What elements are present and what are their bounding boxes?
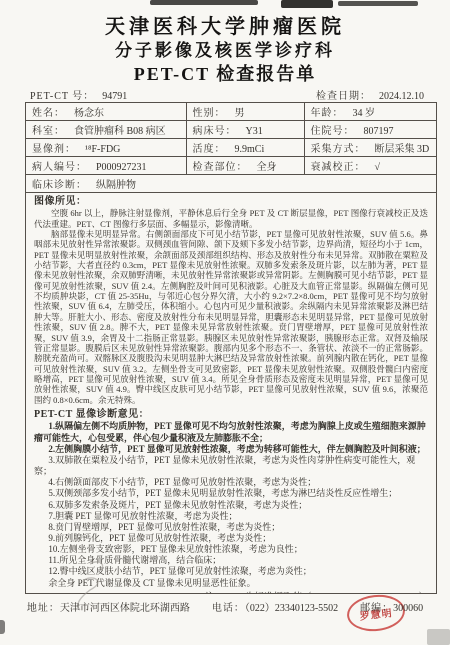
table-row: 病人编号：P000927231 检查部位：全身 衰减校正：√ [26, 157, 436, 175]
findings-title: 图像所见： [34, 196, 428, 208]
findings-paragraph: 空腹 6hr 以上，静脉注射显像剂，平静休息后行全身 PET 及 CT 断层显像… [34, 208, 428, 229]
admission-label: 住院号： [311, 126, 355, 137]
suv-note: 注：SUV 为标准摄取值（Standardized Uptake Values） [26, 589, 436, 594]
clinical-dx-value: 纵隔肿物 [96, 180, 136, 191]
acquisition-value: 断层采集 3D [375, 144, 430, 155]
zip-label: 邮编： [360, 603, 393, 614]
scan-artifact [427, 629, 450, 645]
dept-value: 食管肿瘤科 B08 病区 [74, 126, 166, 137]
scan-artifact [0, 620, 5, 634]
impression-item: 3.双肺散在粟粒及小结节，PET 显像未见放射性浓聚，考虑为炎性肉芽肿性病变可能… [34, 455, 428, 477]
address-label: 地址： [27, 603, 60, 614]
impression-item: 12.臀中线区皮肤小结节，PET 显像可见放射性浓聚，考虑为炎性； [34, 566, 428, 577]
name-value: 杨念东 [74, 108, 104, 119]
report-header: 天津医科大学肿瘤医院 分子影像及核医学诊疗科 PET-CT 检查报告单 [0, 0, 450, 84]
scan-artifact [150, 0, 258, 5]
impression-closing: 余全身 PET 代谢显像及 CT 显像未见明显恶性征象。 [34, 578, 428, 589]
hospital-name: 天津医科大学肿瘤医院 [0, 16, 450, 39]
petct-number-label: PET-CT 号： [30, 91, 94, 102]
address-value: 天津市河西区体院北环湖西路 [60, 603, 190, 614]
age-label: 年龄： [311, 108, 344, 119]
activity-label: 活度： [193, 144, 226, 155]
petct-number: PET-CT 号：94791 [30, 87, 127, 102]
zip-value: 300060 [393, 603, 423, 614]
patient-id-label: 病人编号： [32, 162, 87, 173]
impression-item: 5.双侧颈部多发小结节，PET 显像未见明显放射性浓聚，考虑为淋巴结炎性反应性增… [34, 488, 428, 499]
findings-paragraph: 脑部显像未见明显异常。右侧颌面部皮下可见小结节影，PET 显像可见放射性浓聚，S… [34, 229, 428, 405]
impression-title: PET-CT 显像诊断意见： [34, 409, 428, 421]
report-page: 天津医科大学肿瘤医院 分子影像及核医学诊疗科 PET-CT 检查报告单 PET-… [0, 0, 450, 645]
impression-section: PET-CT 显像诊断意见： 1.纵隔偏左侧不均质肿物，PET 显像可见不均匀放… [34, 409, 428, 589]
address: 地址：天津市河西区体院北环湖西路 [27, 599, 190, 614]
patient-id-value: P000927231 [96, 162, 147, 173]
phone-label: 电话： [212, 603, 245, 614]
tracer-label: 显像剂： [32, 144, 76, 155]
scan-artifact [338, 1, 418, 6]
table-row: 姓名：杨念东 性别：男 年龄：34 岁 [26, 103, 436, 121]
patient-info-table: 姓名：杨念东 性别：男 年龄：34 岁 科室：食管肿瘤科 B08 病区 病床号：… [26, 103, 436, 193]
phone-value: （022）23340123-5502 [245, 603, 338, 614]
table-row: 临床诊断：纵隔肿物 [26, 175, 436, 193]
acquisition-label: 采集方式： [311, 144, 366, 155]
exam-date-label: 检查日期： [316, 91, 371, 102]
table-row: 科室：食管肿瘤科 B08 病区 病床号：Y31 住院号：807197 [26, 121, 436, 139]
bed-value: Y31 [246, 126, 263, 137]
impression-item: 7.胆囊 PET 显像可见放射性浓聚，考虑为炎性； [34, 511, 428, 522]
findings-section: 图像所见： 空腹 6hr 以上，静脉注射显像剂，平静休息后行全身 PET 及 C… [34, 196, 428, 405]
impression-item: 8.贲门胃壁增厚，PET 显像可见放射性浓聚，考虑为炎性； [34, 522, 428, 533]
activity-value: 9.9mCi [235, 144, 265, 155]
impression-item: 4.右侧颌面部皮下小结节，PET 显像可见放射性浓聚，考虑为炎性； [34, 477, 428, 488]
footer-contact: 地址：天津市河西区体院北环湖西路 电话：（022）23340123-5502 邮… [0, 599, 450, 614]
impression-item: 10.左侧坐骨支致密影，PET 显像未见放射性浓聚，考虑为良性； [34, 544, 428, 555]
zip: 邮编：300060 [360, 599, 423, 614]
name-label: 姓名： [32, 108, 65, 119]
clinical-dx-label: 临床诊断： [32, 180, 87, 191]
attenuation-label: 衰减校正： [311, 162, 366, 173]
scan-artifact [281, 0, 333, 8]
impression-item: 2.左侧胸膜小结节，PET 显像可见放射性浓聚，考虑为转移可能性大，伴左侧胸腔及… [34, 444, 428, 455]
tracer-value: ¹⁸F-FDG [85, 144, 120, 155]
dept-label: 科室： [32, 126, 65, 137]
petct-number-value: 94791 [102, 91, 127, 102]
impression-item: 6.双肺多发索条及斑片，PET 显像未见放射性浓聚，考虑为炎性； [34, 500, 428, 511]
attenuation-check: √ [375, 162, 381, 173]
bed-label: 病床号： [193, 126, 237, 137]
region-label: 检查部位： [193, 162, 248, 173]
sex-value: 男 [235, 108, 245, 119]
meta-row: PET-CT 号：94791 检查日期：2024.12.10 [0, 84, 450, 103]
exam-date: 检查日期：2024.12.10 [316, 87, 424, 102]
exam-date-value: 2024.12.10 [379, 91, 424, 102]
report-title: PET-CT 检查报告单 [0, 64, 450, 85]
impression-item: 11.所见全身骨质骨髓代谢增高，结合临床； [34, 555, 428, 566]
age-value: 34 岁 [353, 108, 376, 119]
table-row: 显像剂：¹⁸F-FDG 活度：9.9mCi 采集方式：断层采集 3D [26, 139, 436, 157]
report-body-box: 姓名：杨念东 性别：男 年龄：34 岁 科室：食管肿瘤科 B08 病区 病床号：… [25, 102, 437, 594]
sex-label: 性别： [193, 108, 226, 119]
phone: 电话：（022）23340123-5502 [212, 599, 338, 614]
impression-item: 1.纵隔偏左侧不均质肿物，PET 显像可见不均匀放射性浓聚，考虑为胸腺上皮或生殖… [34, 421, 428, 443]
region-value: 全身 [257, 162, 277, 173]
impression-item: 9.前列腺钙化，PET 显像可见放射性浓聚，考虑为炎性； [34, 533, 428, 544]
department-name: 分子影像及核医学诊疗科 [0, 41, 450, 61]
admission-value: 807197 [364, 126, 394, 137]
